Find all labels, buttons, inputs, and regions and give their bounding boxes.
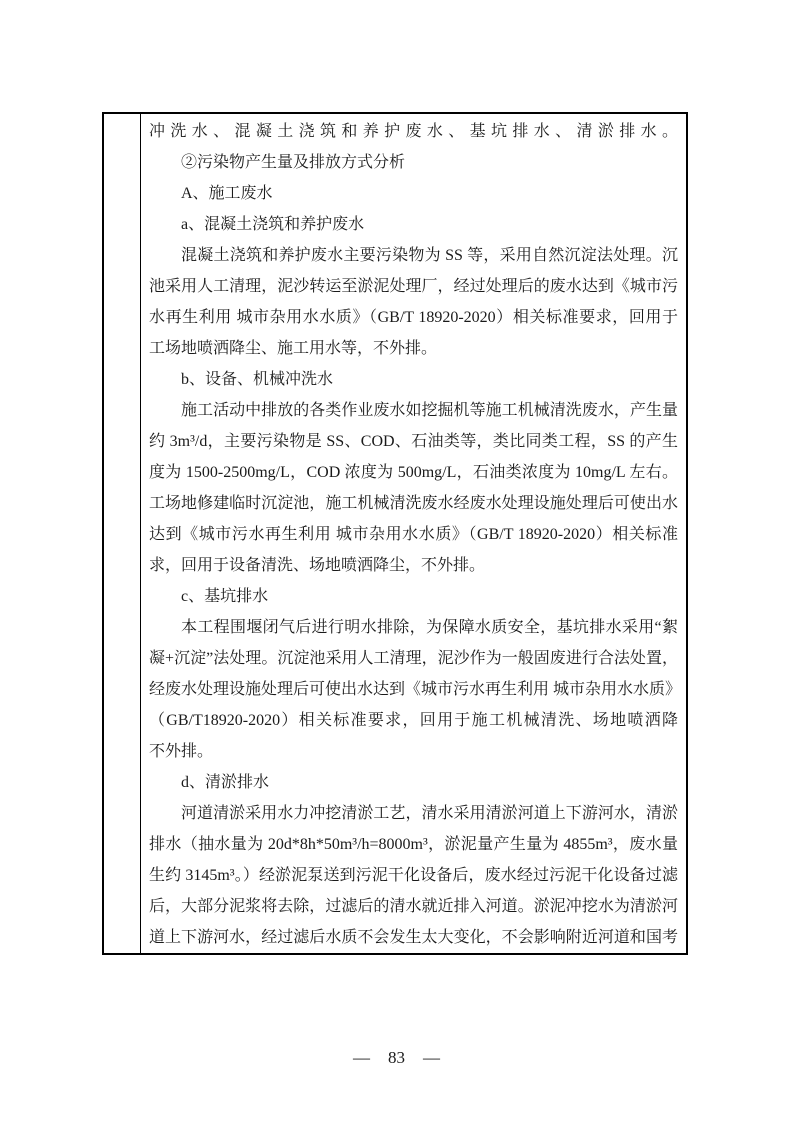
document-page: 冲洗水、混凝土浇筑和养护废水、基坑排水、清淤排水。②污染物产生量及排放方式分析A… — [0, 0, 793, 1122]
table-stub-column — [104, 114, 141, 953]
text-line: a、混凝土浇筑和养护废水 — [149, 209, 678, 240]
content-table: 冲洗水、混凝土浇筑和养护废水、基坑排水、清淤排水。②污染物产生量及排放方式分析A… — [102, 112, 688, 955]
page-footer: — 83 — — [0, 1048, 793, 1068]
text-line: ②污染物产生量及排放方式分析 — [149, 147, 678, 178]
text-line: 冲洗水、混凝土浇筑和养护废水、基坑排水、清淤排水。 — [149, 116, 678, 147]
text-line: 凝+沉淀”法处理。沉淀池采用人工清理，泥沙作为一般固废进行合法处置， — [149, 643, 678, 674]
text-line: d、清淤排水 — [149, 767, 678, 798]
text-line: 生约 3145m³。）经淤泥泵送到污泥干化设备后，废水经过污泥干化设备过滤 — [149, 860, 678, 891]
table-content-cell: 冲洗水、混凝土浇筑和养护废水、基坑排水、清淤排水。②污染物产生量及排放方式分析A… — [141, 114, 686, 953]
text-line: 河道清淤采用水力冲挖清淤工艺，清水采用清淤河道上下游河水，清淤 — [149, 798, 678, 829]
text-line: 经废水处理设施处理后可使出水达到《城市污水再生利用 城市杂用水水质》 — [149, 674, 678, 705]
text-line: 排水（抽水量为 20d*8h*50m³/h=8000m³，淤泥量产生量为 485… — [149, 829, 678, 860]
page-number: 83 — [388, 1048, 405, 1068]
footer-dash-left: — — [353, 1048, 370, 1068]
footer-dash-right: — — [423, 1048, 440, 1068]
text-line: b、设备、机械冲洗水 — [149, 364, 678, 395]
text-line: 达到《城市污水再生利用 城市杂用水水质》（GB/T 18920-2020）相关标… — [149, 519, 678, 550]
text-line: 本工程围堰闭气后进行明水排除，为保障水质安全，基坑排水采用“絮 — [149, 612, 678, 643]
text-line: 施工活动中排放的各类作业废水如挖掘机等施工机械清洗废水，产生量 — [149, 395, 678, 426]
text-line: 工场地修建临时沉淀池，施工机械清洗废水经废水处理设施处理后可使出水 — [149, 488, 678, 519]
text-line: 不外排。 — [149, 736, 678, 767]
text-line: 池采用人工清理，泥沙转运至淤泥处理厂，经过处理后的废水达到《城市污 — [149, 271, 678, 302]
content-lines: 冲洗水、混凝土浇筑和养护废水、基坑排水、清淤排水。②污染物产生量及排放方式分析A… — [149, 116, 678, 953]
text-line: 工场地喷洒降尘、施工用水等，不外排。 — [149, 333, 678, 364]
text-line: c、基坑排水 — [149, 581, 678, 612]
text-line: 求，回用于设备清洗、场地喷洒降尘，不外排。 — [149, 550, 678, 581]
text-line: A、施工废水 — [149, 178, 678, 209]
text-line: 道上下游河水，经过滤后水质不会发生太大变化，不会影响附近河道和国考 — [149, 922, 678, 953]
text-line: 度为 1500-2500mg/L，COD 浓度为 500mg/L，石油类浓度为 … — [149, 457, 678, 488]
text-line: 约 3m³/d，主要污染物是 SS、COD、石油类等，类比同类工程，SS 的产生… — [149, 426, 678, 457]
text-line: 水再生利用 城市杂用水水质》（GB/T 18920-2020）相关标准要求，回用… — [149, 302, 678, 333]
text-line: （GB/T18920-2020）相关标准要求，回用于施工机械清洗、场地喷洒降尘， — [149, 705, 678, 736]
text-line: 后，大部分泥浆将去除，过滤后的清水就近排入河道。淤泥冲挖水为清淤河 — [149, 891, 678, 922]
text-line: 混凝土浇筑和养护废水主要污染物为 SS 等，采用自然沉淀法处理。沉淀 — [149, 240, 678, 271]
